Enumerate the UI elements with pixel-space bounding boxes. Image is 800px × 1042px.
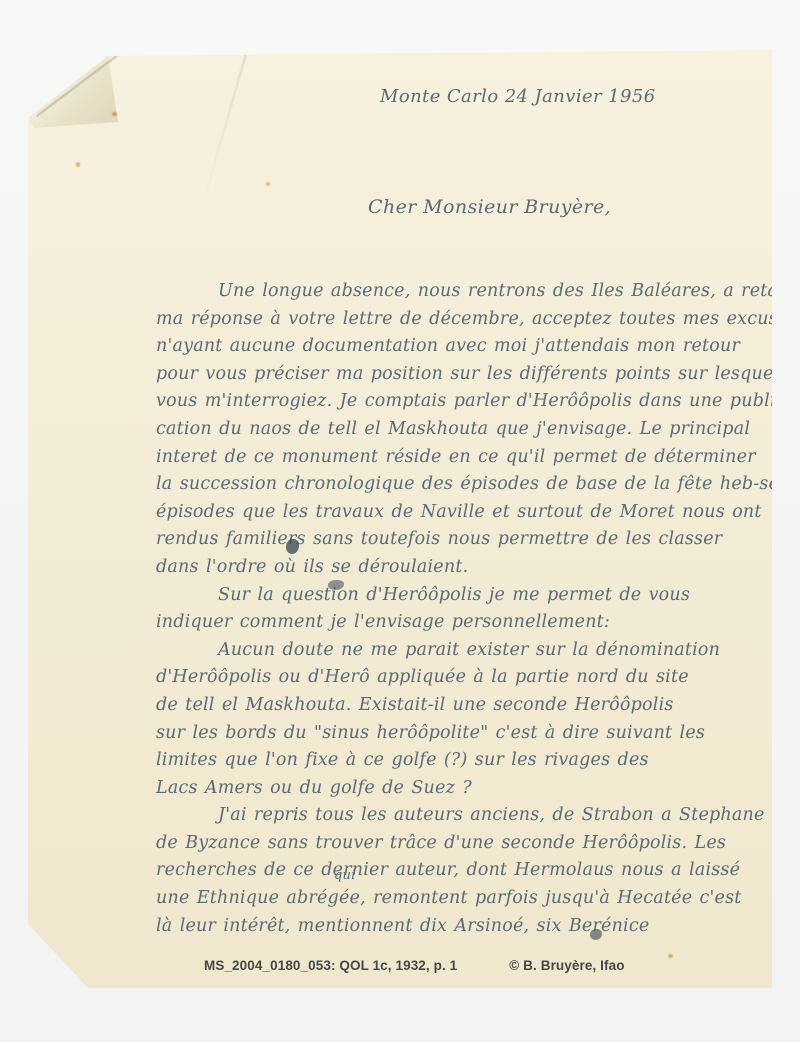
- body-line: Aucun doute ne me parait exister sur la …: [156, 637, 768, 665]
- letter-body: Une longue absence, nous rentrons des Il…: [156, 278, 768, 940]
- dateline: Monte Carlo 24 Janvier 1956: [380, 86, 656, 107]
- body-line: la succession chronologique des épisodes…: [156, 471, 768, 499]
- paper-crease: [203, 55, 246, 200]
- body-line: vous m'interrogiez. Je comptais parler d…: [156, 388, 768, 416]
- body-line: épisodes que les travaux de Naville et s…: [156, 499, 768, 527]
- manuscript-reference: MS_2004_0180_053: QOL 1c, 1932, p. 1: [204, 958, 457, 973]
- body-line: de tell el Maskhouta. Existait-il une se…: [156, 692, 768, 720]
- body-line: Sur la question d'Herôôpolis je me perme…: [156, 582, 768, 610]
- body-line: sur les bords du "sinus herôôpolite" c'e…: [156, 720, 768, 748]
- body-line: limites que l'on fixe à ce golfe (?) sur…: [156, 747, 768, 775]
- body-line: Lacs Amers ou du golfe de Suez ?: [156, 775, 768, 803]
- body-line: indiquer comment je l'envisage personnel…: [156, 609, 768, 637]
- body-line: n'ayant aucune documentation avec moi j'…: [156, 333, 768, 361]
- catalog-caption: MS_2004_0180_053: QOL 1c, 1932, p. 1 © B…: [204, 958, 684, 973]
- body-line: là leur intérêt, mentionnent dix Arsinoé…: [156, 913, 768, 941]
- body-line: une Ethnique abrégée, remontent parfois …: [156, 885, 768, 913]
- body-line: rendus familiers sans toutefois nous per…: [156, 526, 768, 554]
- letter-page: 1/ Monte Carlo 24 Janvier 1956 Cher Mons…: [28, 50, 772, 988]
- body-line: de Byzance sans trouver trâce d'une seco…: [156, 830, 768, 858]
- salutation: Cher Monsieur Bruyère,: [368, 196, 611, 218]
- interline-insertion: qui: [334, 868, 355, 883]
- body-line: d'Herôôpolis ou d'Herô appliquée à la pa…: [156, 664, 768, 692]
- copyright-notice: © B. Bruyère, Ifao: [509, 958, 624, 973]
- body-line: recherches de ce dernier auteur, dont He…: [156, 857, 768, 885]
- body-line: ma réponse à votre lettre de décembre, a…: [156, 306, 768, 334]
- body-line: pour vous préciser ma position sur les d…: [156, 361, 768, 389]
- body-line: cation du naos de tell el Maskhouta que …: [156, 416, 768, 444]
- foxing-stain: [112, 112, 117, 116]
- body-line: J'ai repris tous les auteurs anciens, de…: [156, 802, 768, 830]
- body-line: dans l'ordre où ils se déroulaient.: [156, 554, 768, 582]
- body-line: Une longue absence, nous rentrons des Il…: [156, 278, 768, 306]
- foxing-stain: [266, 182, 270, 186]
- body-line: interet de ce monument réside en ce qu'i…: [156, 444, 768, 472]
- foxing-stain: [76, 162, 80, 167]
- page-number: 1/: [56, 56, 84, 88]
